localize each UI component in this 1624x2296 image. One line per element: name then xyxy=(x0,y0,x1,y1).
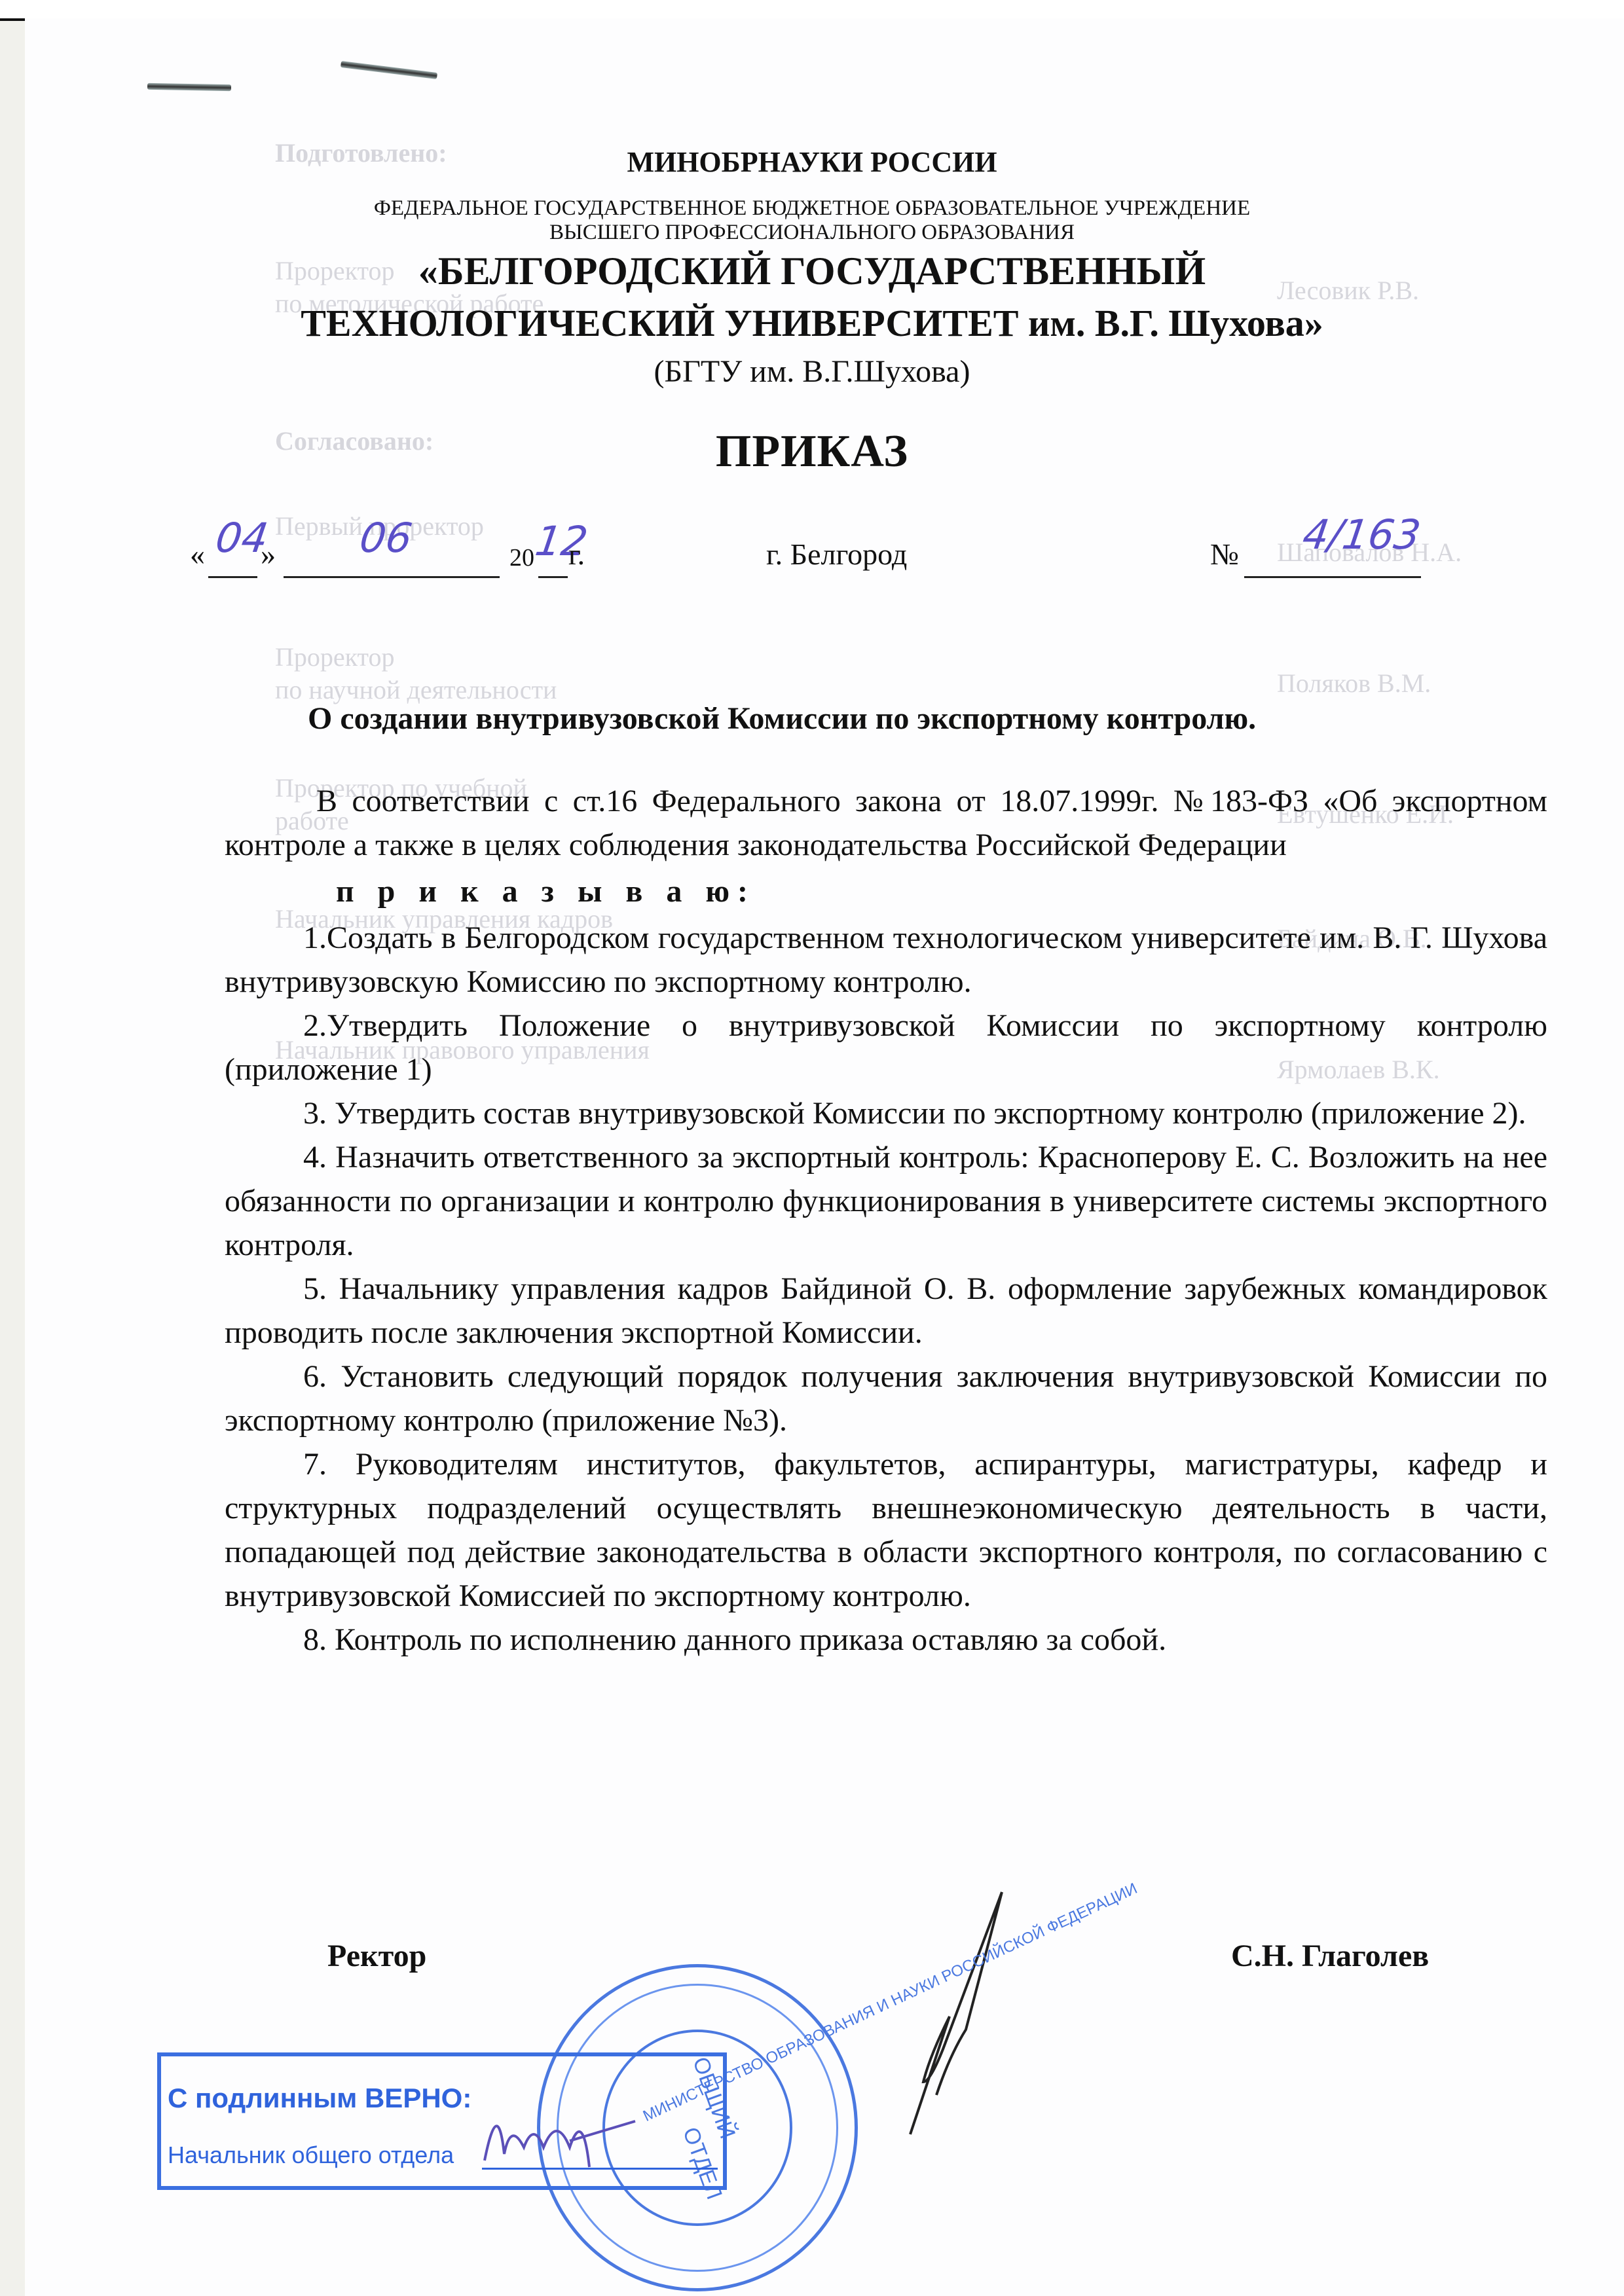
order-item-4: 4. Назначить ответственного за экспортны… xyxy=(225,1135,1547,1267)
order-number-underline xyxy=(1244,576,1421,578)
scan-top-margin xyxy=(0,0,1624,18)
order-item-1: 1.Создать в Белгородском государственном… xyxy=(225,916,1547,1004)
date-year-prefix: 20 xyxy=(509,543,534,572)
order-item-7: 7. Руководителям институтов, факультетов… xyxy=(225,1442,1547,1618)
bleed-text: Поляков В.М. xyxy=(1277,668,1431,699)
order-city: г. Белгород xyxy=(766,537,907,572)
order-subject: О создании внутривузовской Комиссии по э… xyxy=(308,701,1256,737)
signatory-name: С.Н. Глаголев xyxy=(1231,1938,1429,1974)
order-item-3: 3. Утвердить состав внутривузовской Коми… xyxy=(225,1091,1547,1135)
university-abbreviation: (БГТУ им. В.Г.Шухова) xyxy=(0,354,1624,390)
preamble: В соответствии с ст.16 Федерального зако… xyxy=(225,779,1547,867)
staple-mark xyxy=(341,61,437,79)
ministry-name: МИНОБРНАУКИ РОССИИ xyxy=(0,145,1624,179)
date-month-handwritten: 06 xyxy=(357,514,415,562)
order-item-8: 8. Контроль по исполнению данного приказ… xyxy=(225,1618,1547,1662)
bleed-text: Проректор xyxy=(275,642,395,672)
order-item-2: 2.Утвердить Положение о внутривузовской … xyxy=(225,1004,1547,1091)
institution-type-line2: ВЫСШЕГО ПРОФЕССИОНАЛЬНОГО ОБРАЗОВАНИЯ xyxy=(0,221,1624,245)
date-year-unit: г. xyxy=(568,537,585,572)
order-body: В соответствии с ст.16 Федерального зако… xyxy=(225,779,1547,1662)
staple-mark xyxy=(147,83,231,91)
decree-word: п р и к а з ы в а ю: xyxy=(225,869,1547,913)
date-month-underline xyxy=(284,576,500,578)
order-item-6: 6. Установить следующий порядок получени… xyxy=(225,1355,1547,1442)
certification-line1: С подлинным ВЕРНО: xyxy=(168,2083,471,2114)
rector-signature-icon xyxy=(851,1886,1022,2160)
order-number-label: № xyxy=(1210,537,1239,572)
date-year-underline xyxy=(538,576,568,578)
department-head-signature-icon xyxy=(471,2082,642,2174)
university-name-line1: «БЕЛГОРОДСКИЙ ГОСУДАРСТВЕННЫЙ xyxy=(0,249,1624,294)
date-open-quote: « xyxy=(190,537,205,572)
institution-type-line1: ФЕДЕРАЛЬНОЕ ГОСУДАРСТВЕННОЕ БЮДЖЕТНОЕ ОБ… xyxy=(0,196,1624,221)
signatory-position: Ректор xyxy=(327,1938,426,1974)
order-number-handwritten: 4/163 xyxy=(1300,511,1424,558)
order-item-5: 5. Начальнику управления кадров Байдиной… xyxy=(225,1267,1547,1355)
document-title: ПРИКАЗ xyxy=(0,426,1624,478)
date-day-underline xyxy=(208,576,257,578)
university-name-line2: ТЕХНОЛОГИЧЕСКИЙ УНИВЕРСИТЕТ им. В.Г. Шух… xyxy=(0,301,1624,345)
certification-line2: Начальник общего отдела xyxy=(168,2141,454,2169)
date-close-quote: » xyxy=(261,537,276,572)
